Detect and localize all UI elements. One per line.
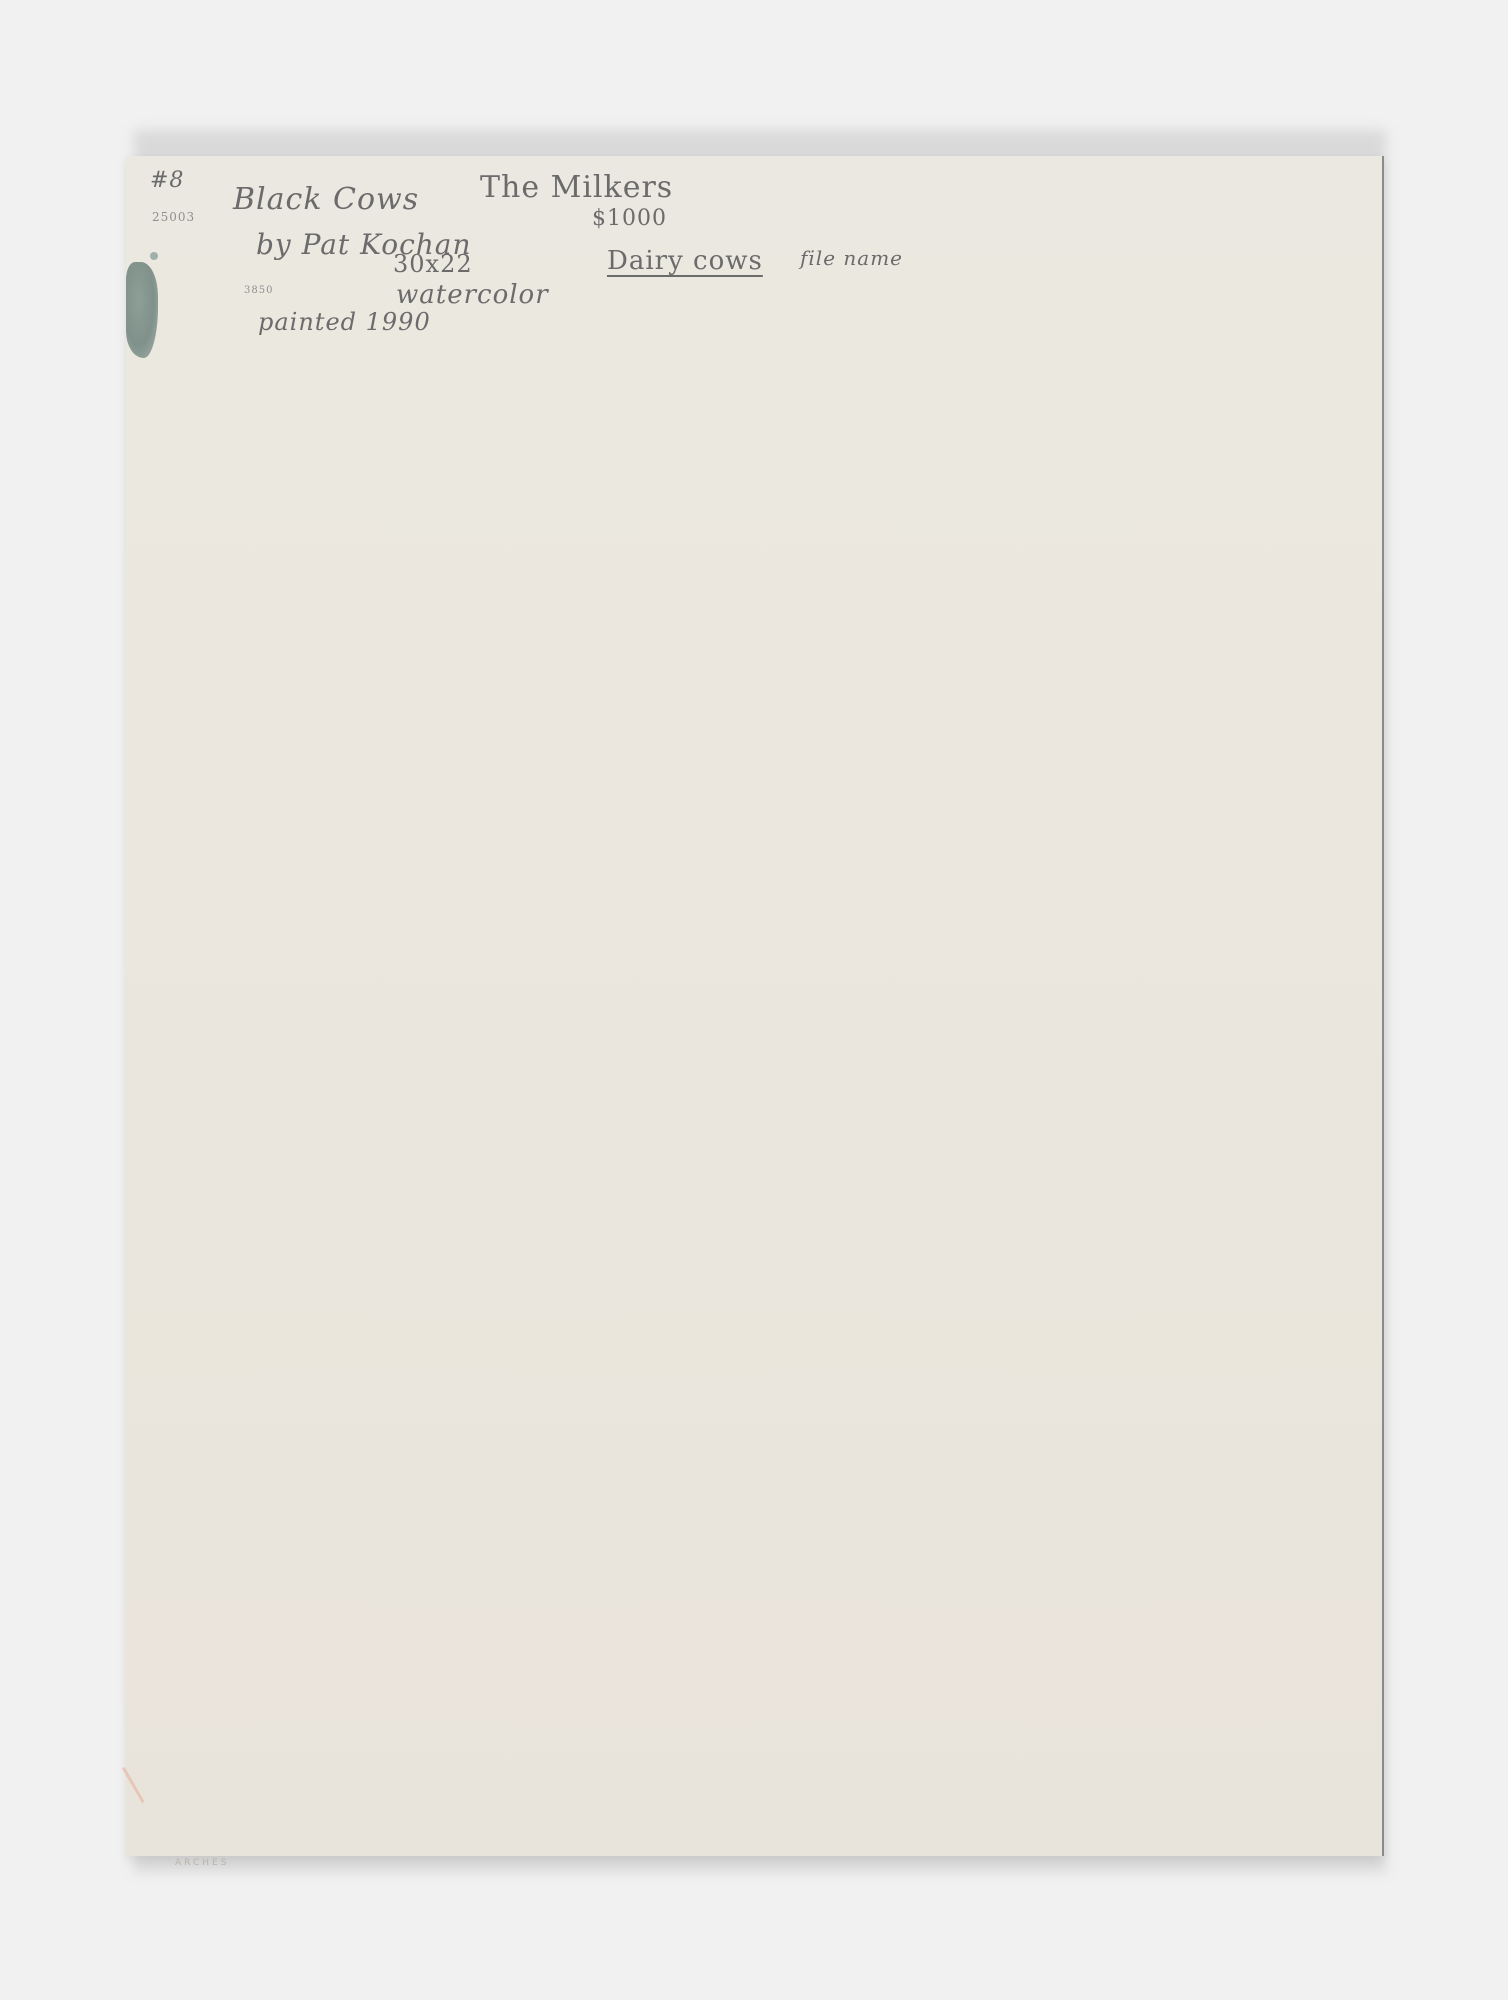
artwork-price: $1000	[592, 206, 667, 231]
artwork-title: Black Cows	[233, 182, 419, 217]
item-number: #8	[150, 168, 184, 193]
painted-date: painted 1990	[258, 308, 431, 336]
watercolor-paper	[126, 156, 1384, 1856]
artwork-dimensions: 30x22	[393, 250, 473, 278]
inventory-code: 25003	[152, 210, 195, 224]
file-name: Dairy cows	[607, 246, 763, 276]
paper-watermark: ARCHES	[175, 1858, 229, 1868]
file-name-label: file name	[800, 246, 903, 270]
artwork-alt-title: The Milkers	[480, 170, 673, 205]
paint-drop	[150, 252, 158, 260]
price-code: 3850	[244, 285, 273, 296]
paint-stain	[126, 262, 158, 358]
artwork-medium: watercolor	[396, 280, 549, 310]
